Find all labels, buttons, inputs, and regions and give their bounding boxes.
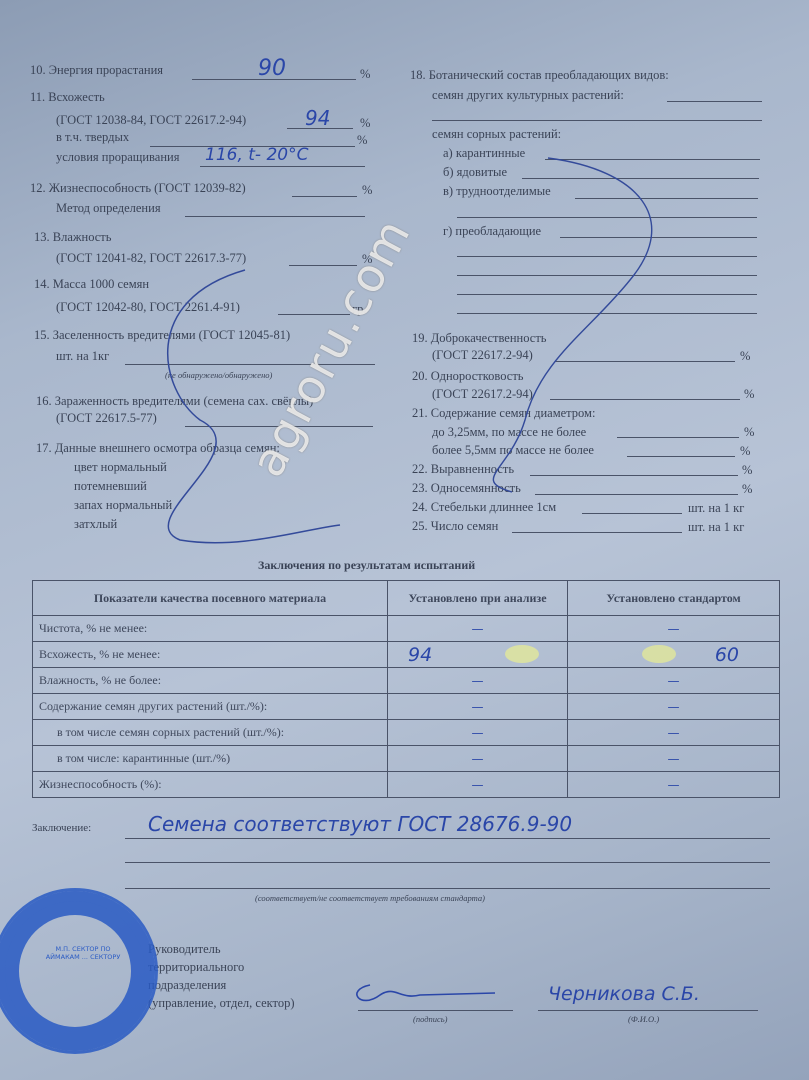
seed-certificate-page: 10. Энергия прорастания 90 % 11. Всхожес… (0, 0, 809, 1080)
pen-strokes (0, 0, 809, 1080)
